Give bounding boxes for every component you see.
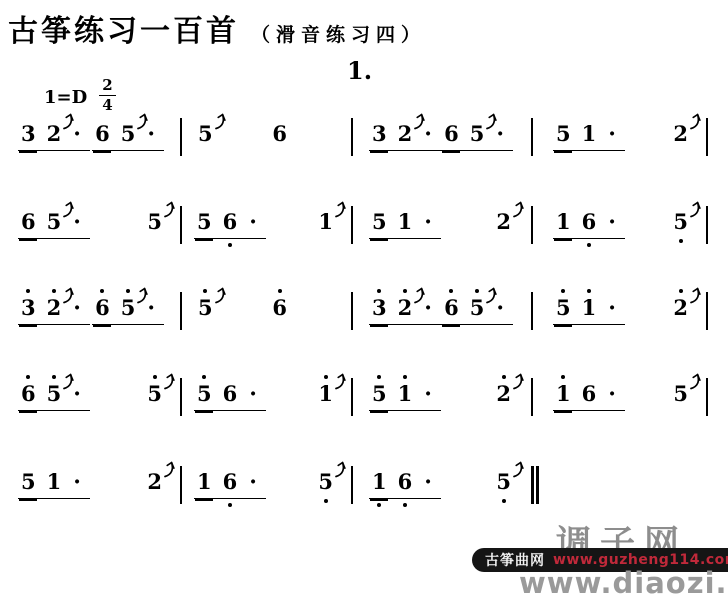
note-digit: 2 <box>396 296 415 320</box>
slide-up-icon <box>334 372 346 390</box>
sixteenth-beam <box>554 325 572 327</box>
note: 5 <box>468 122 487 146</box>
note-group: 32· <box>18 296 90 325</box>
note-group: 51· <box>369 210 441 239</box>
exercise-number: 1. <box>347 56 372 85</box>
octave-dot-high <box>561 375 565 379</box>
slide-up-icon <box>334 200 346 218</box>
time-signature: 2 4 <box>99 78 115 113</box>
page-title: 古筝练习一百首 <box>8 6 239 50</box>
note: 6 <box>19 210 38 234</box>
measure: 32·65· <box>353 296 531 325</box>
note-digit: 5 <box>671 210 690 234</box>
note-digit: 5 <box>45 210 64 234</box>
sixteenth-beam <box>370 325 388 327</box>
time-signature-denominator: 4 <box>102 96 112 113</box>
note-group: 16· <box>553 382 625 411</box>
note-group: 65· <box>441 122 513 151</box>
augmentation-dot: · <box>421 470 435 494</box>
sixteenth-beam <box>93 151 111 153</box>
watermark-url: www.diaozi.com <box>519 566 728 599</box>
note-digit: 2 <box>396 122 415 146</box>
note-digit: 1 <box>396 382 415 406</box>
note: 3 <box>19 122 38 146</box>
note: 6 <box>442 296 461 320</box>
note: 1 <box>580 122 599 146</box>
octave-dot-high <box>377 289 381 293</box>
score-line: 65·556·151·216·5 <box>18 382 728 416</box>
octave-dot-low <box>587 243 591 247</box>
note-digit: 6 <box>270 122 289 146</box>
slide-up-icon <box>62 286 74 304</box>
note: 5 <box>45 210 64 234</box>
octave-dot-high <box>324 375 328 379</box>
note: 5 <box>316 470 335 494</box>
note: 6 <box>19 382 38 406</box>
note: 5 <box>195 382 214 406</box>
augmentation-dot: · <box>605 296 619 320</box>
octave-dot-high <box>403 289 407 293</box>
note: 1 <box>554 382 573 406</box>
note: 1 <box>554 210 573 234</box>
measure: 16·5 <box>533 210 706 239</box>
slide-up-icon <box>163 460 175 478</box>
note-digit: 5 <box>45 382 64 406</box>
slide-up-icon <box>512 372 524 390</box>
note-group: 65· <box>92 296 164 325</box>
note-digit: 1 <box>45 470 64 494</box>
barline <box>706 206 708 244</box>
note: 2 <box>396 296 415 320</box>
sixteenth-beam <box>442 151 460 153</box>
note: 2 <box>494 382 513 406</box>
note: 3 <box>19 296 38 320</box>
time-signature-numerator: 2 <box>99 78 115 96</box>
sixteenth-beam <box>195 411 213 413</box>
note-digit: 1 <box>316 382 335 406</box>
slide-up-icon <box>689 200 701 218</box>
note: 1 <box>45 470 64 494</box>
octave-dot-high <box>403 375 407 379</box>
note: 6 <box>442 122 461 146</box>
barline <box>706 118 708 156</box>
note-digit: 3 <box>19 122 38 146</box>
measure: 51·2 <box>353 382 531 411</box>
note-digit: 5 <box>468 122 487 146</box>
octave-dot-high <box>126 289 130 293</box>
note-digit: 5 <box>370 382 389 406</box>
slide-up-icon <box>62 200 74 218</box>
title-row: 古筝练习一百首 （滑音练习四） <box>8 6 426 50</box>
note: 6 <box>580 210 599 234</box>
score-line: 51·216·516·5 <box>18 470 728 504</box>
note-digit: 6 <box>580 210 599 234</box>
octave-dot-high <box>502 375 506 379</box>
note-digit: 1 <box>580 122 599 146</box>
key-signature: 1=D 2 4 <box>44 82 116 113</box>
barline <box>706 292 708 330</box>
note-digit: 3 <box>370 296 389 320</box>
score-line: 32·65·5632·65·51·2 <box>18 122 728 156</box>
note-digit: 6 <box>580 382 599 406</box>
sixteenth-beam <box>554 151 572 153</box>
note-digit: 6 <box>93 122 112 146</box>
measure: 65·5 <box>18 382 180 411</box>
note: 1 <box>370 470 389 494</box>
note-digit: 5 <box>370 210 389 234</box>
sixteenth-beam <box>370 499 388 501</box>
sixteenth-beam <box>370 239 388 241</box>
note: 5 <box>554 122 573 146</box>
sixteenth-beam <box>442 325 460 327</box>
note-digit: 1 <box>554 382 573 406</box>
note: 5 <box>196 296 215 320</box>
slide-up-icon <box>62 112 74 130</box>
measure: 32·65· <box>18 296 180 325</box>
note-digit: 5 <box>316 470 335 494</box>
octave-dot-high <box>52 289 56 293</box>
note-digit: 3 <box>370 122 389 146</box>
note-digit: 1 <box>396 210 415 234</box>
note-digit: 6 <box>442 122 461 146</box>
note-digit: 5 <box>119 122 138 146</box>
note-digit: 6 <box>442 296 461 320</box>
note: 5 <box>468 296 487 320</box>
slide-up-icon <box>689 372 701 390</box>
note: 6 <box>93 122 112 146</box>
measure: 32·65· <box>353 122 531 151</box>
note: 3 <box>370 296 389 320</box>
slide-up-icon <box>485 112 497 130</box>
augmentation-dot: · <box>605 210 619 234</box>
octave-dot-high <box>679 289 683 293</box>
octave-dot-high <box>475 289 479 293</box>
note-digit: 6 <box>270 296 289 320</box>
note: 5 <box>119 296 138 320</box>
augmentation-dot: · <box>605 382 619 406</box>
octave-dot-low <box>324 499 328 503</box>
sixteenth-beam <box>19 411 37 413</box>
octave-dot-high <box>377 375 381 379</box>
score-line: 65·556·151·216·5 <box>18 210 728 244</box>
note-digit: 5 <box>671 382 690 406</box>
octave-dot-high <box>449 289 453 293</box>
note-group: 32· <box>18 122 90 151</box>
note-digit: 1 <box>580 296 599 320</box>
slide-up-icon <box>689 286 701 304</box>
note-digit: 5 <box>494 470 513 494</box>
octave-dot-high <box>561 289 565 293</box>
augmentation-dot: · <box>246 470 260 494</box>
note-digit: 2 <box>145 470 164 494</box>
note-digit: 5 <box>196 296 215 320</box>
note-digit: 5 <box>119 296 138 320</box>
note: 2 <box>671 296 690 320</box>
note: 6 <box>580 382 599 406</box>
augmentation-dot: · <box>421 210 435 234</box>
sixteenth-beam <box>19 151 37 153</box>
note: 6 <box>270 122 289 146</box>
note-group: 56· <box>194 382 266 411</box>
note: 1 <box>396 210 415 234</box>
note-digit: 2 <box>671 122 690 146</box>
slide-up-icon <box>512 460 524 478</box>
sixteenth-beam <box>554 239 572 241</box>
note: 5 <box>671 382 690 406</box>
note: 2 <box>45 296 64 320</box>
sheet-music-page: 古筝练习一百首 （滑音练习四） 1. 1=D 2 4 32·65·5632·65… <box>0 0 728 599</box>
note: 5 <box>45 382 64 406</box>
note-digit: 1 <box>316 210 335 234</box>
note: 1 <box>580 296 599 320</box>
note-digit: 5 <box>554 296 573 320</box>
sixteenth-beam <box>19 325 37 327</box>
sixteenth-beam <box>19 239 37 241</box>
measure: 51·2 <box>533 296 706 325</box>
octave-dot-low <box>679 239 683 243</box>
sixteenth-beam <box>195 239 213 241</box>
note-digit: 5 <box>195 210 214 234</box>
note-digit: 6 <box>221 470 240 494</box>
octave-dot-high <box>26 289 30 293</box>
sixteenth-beam <box>370 411 388 413</box>
measure: 16·5 <box>182 470 351 499</box>
note: 1 <box>316 382 335 406</box>
augmentation-dot: · <box>421 382 435 406</box>
note-digit: 6 <box>93 296 112 320</box>
measure: 56 <box>182 296 351 320</box>
octave-dot-low <box>228 503 232 507</box>
note-digit: 6 <box>19 210 38 234</box>
note-digit: 2 <box>45 122 64 146</box>
sixteenth-beam <box>195 499 213 501</box>
note-group: 32· <box>369 122 441 151</box>
note: 2 <box>45 122 64 146</box>
measure: 51·2 <box>353 210 531 239</box>
note-digit: 5 <box>196 122 215 146</box>
sixteenth-beam <box>370 151 388 153</box>
note: 1 <box>195 470 214 494</box>
note: 5 <box>119 122 138 146</box>
note-group: 32· <box>369 296 441 325</box>
slide-up-icon <box>136 286 148 304</box>
octave-dot-low <box>403 503 407 507</box>
note-digit: 2 <box>494 210 513 234</box>
slide-up-icon <box>163 200 175 218</box>
note-group: 65· <box>441 296 513 325</box>
note: 5 <box>195 210 214 234</box>
note-digit: 2 <box>671 296 690 320</box>
note-group: 51· <box>369 382 441 411</box>
measure: 16·5 <box>533 382 706 411</box>
octave-dot-high <box>100 289 104 293</box>
note: 5 <box>145 210 164 234</box>
measure: 16·5 <box>353 470 531 499</box>
note-group: 16· <box>369 470 441 499</box>
slide-up-icon <box>413 286 425 304</box>
measure: 56·1 <box>182 210 351 239</box>
note-group: 65· <box>18 382 90 411</box>
note-digit: 6 <box>221 210 240 234</box>
note: 6 <box>221 210 240 234</box>
note-group: 51· <box>553 122 625 151</box>
note-digit: 5 <box>195 382 214 406</box>
note-digit: 2 <box>494 382 513 406</box>
barline <box>706 378 708 416</box>
octave-dot-high <box>203 289 207 293</box>
note-digit: 1 <box>195 470 214 494</box>
slide-up-icon <box>334 460 346 478</box>
slide-up-icon <box>136 112 148 130</box>
measure: 56·1 <box>182 382 351 411</box>
sixteenth-beam <box>93 325 111 327</box>
note: 5 <box>671 210 690 234</box>
octave-dot-high <box>52 375 56 379</box>
measure: 51·2 <box>533 122 706 151</box>
note: 1 <box>316 210 335 234</box>
note-digit: 5 <box>554 122 573 146</box>
slide-up-icon <box>689 112 701 130</box>
note-digit: 5 <box>19 470 38 494</box>
note-digit: 5 <box>145 210 164 234</box>
note: 2 <box>396 122 415 146</box>
slide-up-icon <box>512 200 524 218</box>
note-group: 16· <box>194 470 266 499</box>
octave-dot-high <box>202 375 206 379</box>
measure: 56 <box>182 122 351 146</box>
note: 2 <box>671 122 690 146</box>
slide-up-icon <box>413 112 425 130</box>
note: 5 <box>370 210 389 234</box>
measure: 51·2 <box>18 470 180 499</box>
note-group: 65· <box>92 122 164 151</box>
slide-up-icon <box>62 372 74 390</box>
augmentation-dot: · <box>70 470 84 494</box>
note-digit: 5 <box>145 382 164 406</box>
note: 6 <box>396 470 415 494</box>
note-group: 65· <box>18 210 90 239</box>
note: 3 <box>370 122 389 146</box>
note: 5 <box>145 382 164 406</box>
octave-dot-high <box>587 289 591 293</box>
sixteenth-beam <box>554 411 572 413</box>
octave-dot-low <box>228 243 232 247</box>
note-digit: 6 <box>221 382 240 406</box>
note: 6 <box>221 382 240 406</box>
score-line: 32·65·5632·65·51·2 <box>18 296 728 330</box>
note: 5 <box>494 470 513 494</box>
augmentation-dot: · <box>605 122 619 146</box>
note-group: 51· <box>18 470 90 499</box>
note: 6 <box>93 296 112 320</box>
slide-up-icon <box>163 372 175 390</box>
slide-up-icon <box>214 286 226 304</box>
final-barline <box>531 466 539 504</box>
measure: 65·5 <box>18 210 180 239</box>
note: 5 <box>19 470 38 494</box>
note-digit: 6 <box>396 470 415 494</box>
note-digit: 6 <box>19 382 38 406</box>
note-digit: 1 <box>554 210 573 234</box>
augmentation-dot: · <box>246 210 260 234</box>
note-digit: 5 <box>468 296 487 320</box>
note-group: 16· <box>553 210 625 239</box>
note: 6 <box>221 470 240 494</box>
measure: 32·65· <box>18 122 180 151</box>
octave-dot-high <box>26 375 30 379</box>
octave-dot-high <box>278 289 282 293</box>
augmentation-dot: · <box>246 382 260 406</box>
slide-up-icon <box>214 112 226 130</box>
note: 5 <box>370 382 389 406</box>
note: 6 <box>270 296 289 320</box>
note: 1 <box>396 382 415 406</box>
note: 5 <box>554 296 573 320</box>
note-digit: 2 <box>45 296 64 320</box>
octave-dot-low <box>502 499 506 503</box>
note-group: 56· <box>194 210 266 239</box>
note-digit: 3 <box>19 296 38 320</box>
sixteenth-beam <box>19 499 37 501</box>
slide-up-icon <box>485 286 497 304</box>
note-digit: 1 <box>370 470 389 494</box>
octave-dot-low <box>377 503 381 507</box>
note: 5 <box>196 122 215 146</box>
page-subtitle: （滑音练习四） <box>251 20 426 47</box>
octave-dot-high <box>153 375 157 379</box>
note: 2 <box>145 470 164 494</box>
note: 2 <box>494 210 513 234</box>
note-group: 51· <box>553 296 625 325</box>
key-label: 1=D <box>44 87 87 108</box>
